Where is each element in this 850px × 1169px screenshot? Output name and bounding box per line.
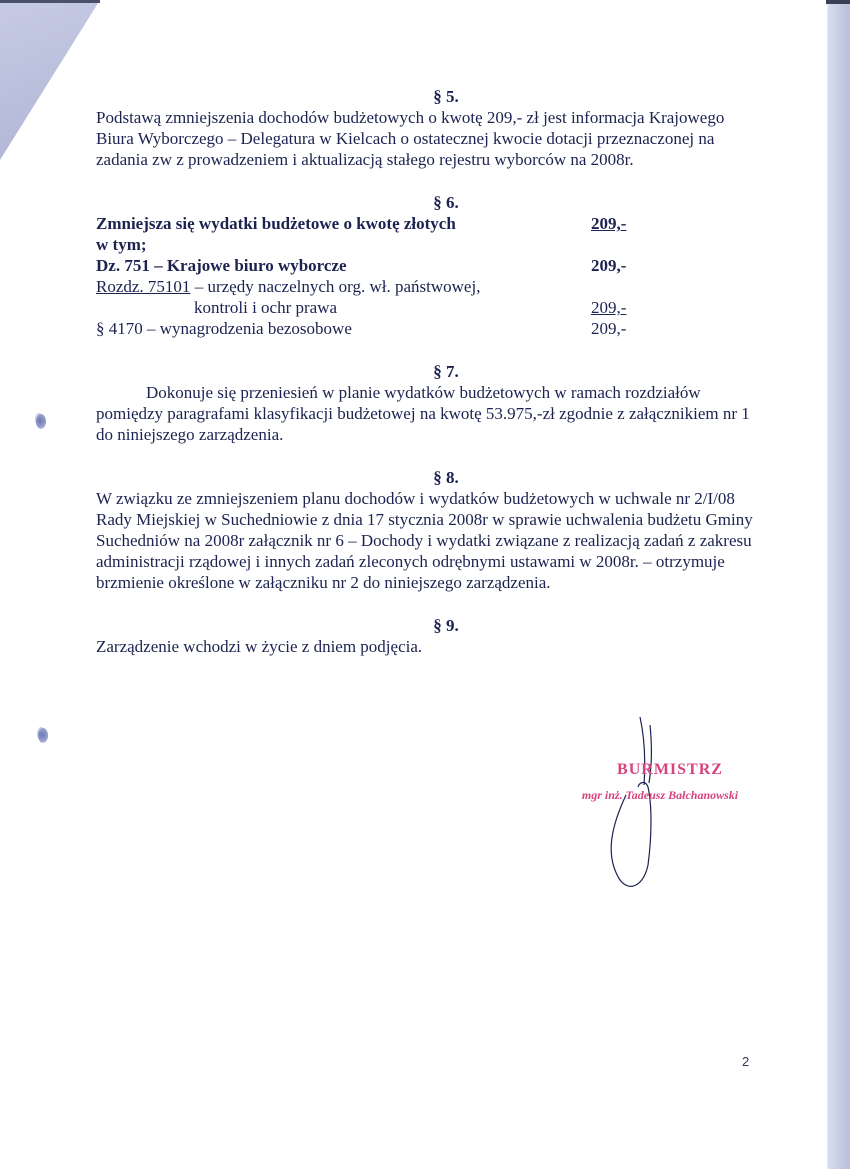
table-row: § 4170 – wynagrodzenia bezosobowe 209,- [96,318,636,339]
table-row: Dz. 751 – Krajowe biuro wyborcze 209,- [96,255,636,276]
signature-name: mgr inż. Tadeusz Bałchanowski [560,787,760,803]
table-row: kontroli i ochr prawa 209,- [96,297,636,318]
scan-corner-edge [0,0,100,3]
table-row: Rozdz. 75101 – urzędy naczelnych org. wł… [96,276,636,297]
row-label: w tym; [96,234,147,255]
punch-hole-icon [36,414,46,429]
row-amount: 209,- [591,213,636,234]
row-label: § 4170 – wynagrodzenia bezosobowe [96,318,352,339]
document-page: § 5. Podstawą zmniejszenia dochodów budż… [96,86,756,657]
section-6-table: Zmniejsza się wydatki budżetowe o kwotę … [96,213,756,339]
row-label: Rozdz. 75101 – urzędy naczelnych org. wł… [96,276,480,297]
section-8-title: § 8. [96,467,756,488]
scan-right-edge [827,0,850,1169]
row-amount [591,234,636,255]
row-amount: 209,- [591,255,636,276]
row-label-prefix: Rozdz. 75101 [96,277,190,296]
table-row: Zmniejsza się wydatki budżetowe o kwotę … [96,213,636,234]
scan-corner-shadow [0,0,100,160]
section-5-text: Podstawą zmniejszenia dochodów budżetowy… [96,107,756,170]
section-5-title: § 5. [96,86,756,107]
section-9-title: § 9. [96,615,756,636]
section-7-title: § 7. [96,361,756,382]
section-7-text: Dokonuje się przeniesień w planie wydatk… [96,382,756,445]
row-amount: 209,- [591,297,636,318]
row-label: Zmniejsza się wydatki budżetowe o kwotę … [96,213,456,234]
row-label: Dz. 751 – Krajowe biuro wyborcze [96,255,347,276]
scan-right-edge-top [826,0,850,4]
signature-stamp: BURMISTRZ mgr inż. Tadeusz Bałchanowski [560,760,760,803]
section-6-title: § 6. [96,192,756,213]
section-8-text: W związku ze zmniejszeniem planu dochodó… [96,488,756,593]
handwritten-signature-icon [600,715,660,895]
page-number: 2 [742,1054,749,1069]
punch-hole-icon [38,728,48,743]
row-label-rest: – urzędy naczelnych org. wł. państwowej, [190,277,480,296]
signature-title: BURMISTRZ [560,760,760,780]
section-9-text: Zarządzenie wchodzi w życie z dniem podj… [96,636,756,657]
row-label: kontroli i ochr prawa [96,297,337,318]
table-row: w tym; [96,234,636,255]
row-amount: 209,- [591,318,636,339]
row-amount [591,276,636,297]
